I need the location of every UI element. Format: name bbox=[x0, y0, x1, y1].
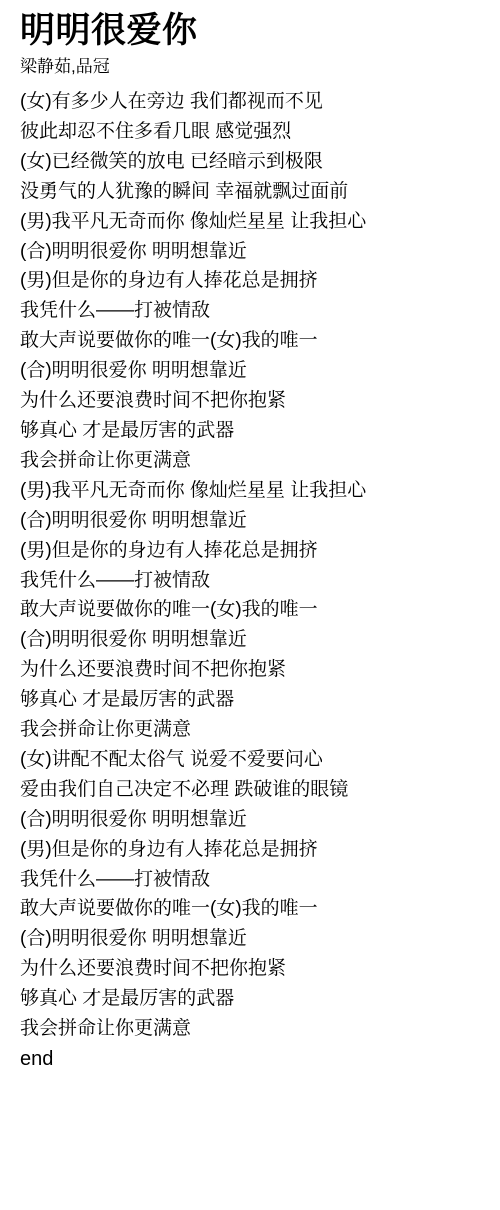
lyric-line: 够真心 才是最厉害的武器 bbox=[20, 416, 482, 446]
lyric-line: 我会拼命让你更满意 bbox=[20, 446, 482, 476]
lyric-line: (女)已经微笑的放电 已经暗示到极限 bbox=[20, 147, 482, 177]
lyric-line: 没勇气的人犹豫的瞬间 幸福就飘过面前 bbox=[20, 177, 482, 207]
lyric-line: 我会拼命让你更满意 bbox=[20, 715, 482, 745]
lyric-line: 敢大声说要做你的唯一(女)我的唯一 bbox=[20, 326, 482, 356]
lyric-line: 为什么还要浪费时间不把你抱紧 bbox=[20, 386, 482, 416]
lyric-line: 为什么还要浪费时间不把你抱紧 bbox=[20, 655, 482, 685]
artist-names: 梁静茹,品冠 bbox=[20, 54, 482, 79]
lyric-line: (男)但是你的身边有人捧花总是拥挤 bbox=[20, 266, 482, 296]
lyric-line: (男)但是你的身边有人捧花总是拥挤 bbox=[20, 536, 482, 566]
lyric-line: 为什么还要浪费时间不把你抱紧 bbox=[20, 954, 482, 984]
lyric-line: (合)明明很爱你 明明想靠近 bbox=[20, 924, 482, 954]
lyric-line: (合)明明很爱你 明明想靠近 bbox=[20, 805, 482, 835]
lyric-line: (男)我平凡无奇而你 像灿烂星星 让我担心 bbox=[20, 476, 482, 506]
lyric-line: 我凭什么——打被情敌 bbox=[20, 865, 482, 895]
lyric-line: 我会拼命让你更满意 bbox=[20, 1014, 482, 1044]
lyric-line: (女)有多少人在旁边 我们都视而不见 bbox=[20, 87, 482, 117]
lyric-line: 爱由我们自己决定不必理 跌破谁的眼镜 bbox=[20, 775, 482, 805]
lyrics-block: (女)有多少人在旁边 我们都视而不见彼此却忍不住多看几眼 感觉强烈(女)已经微笑… bbox=[20, 87, 482, 1044]
lyric-line: (合)明明很爱你 明明想靠近 bbox=[20, 506, 482, 536]
song-title: 明明很爱你 bbox=[20, 8, 482, 54]
lyric-line: 敢大声说要做你的唯一(女)我的唯一 bbox=[20, 894, 482, 924]
lyric-line: 敢大声说要做你的唯一(女)我的唯一 bbox=[20, 595, 482, 625]
lyrics-page: 明明很爱你 梁静茹,品冠 (女)有多少人在旁边 我们都视而不见彼此却忍不住多看几… bbox=[0, 0, 500, 1074]
lyric-line: (合)明明很爱你 明明想靠近 bbox=[20, 625, 482, 655]
lyric-line: 我凭什么——打被情敌 bbox=[20, 566, 482, 596]
lyric-line: 够真心 才是最厉害的武器 bbox=[20, 685, 482, 715]
lyric-line: (合)明明很爱你 明明想靠近 bbox=[20, 237, 482, 267]
lyric-line: 我凭什么——打被情敌 bbox=[20, 296, 482, 326]
lyric-line: (男)但是你的身边有人捧花总是拥挤 bbox=[20, 835, 482, 865]
lyric-line: 彼此却忍不住多看几眼 感觉强烈 bbox=[20, 117, 482, 147]
lyric-line: (女)讲配不配太俗气 说爱不爱要问心 bbox=[20, 745, 482, 775]
lyric-line: (男)我平凡无奇而你 像灿烂星星 让我担心 bbox=[20, 207, 482, 237]
end-marker: end bbox=[20, 1044, 482, 1074]
lyric-line: 够真心 才是最厉害的武器 bbox=[20, 984, 482, 1014]
lyric-line: (合)明明很爱你 明明想靠近 bbox=[20, 356, 482, 386]
